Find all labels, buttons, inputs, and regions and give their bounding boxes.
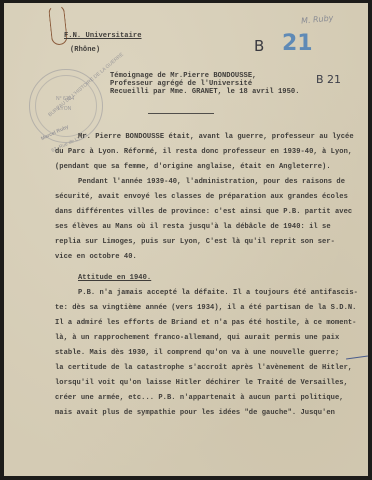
section-line: mais avait plus de sympathie pour les id…: [55, 410, 335, 417]
document-page: F.N. Universitaire (Rhône) M. Ruby B 21 …: [4, 3, 368, 476]
section-line: stable. Mais dès 1930, il comprend qu'on…: [55, 350, 339, 357]
section-line: créer une armée, etc... P.B. n'appartena…: [55, 395, 344, 402]
section-line: la certitude de la catastrophe s'accroît…: [55, 365, 352, 372]
separator-rule: [148, 113, 214, 114]
section-title: Attitude en 1940.: [78, 275, 151, 282]
section-line: P.B. n'a jamais accepté la défaite. Il a…: [78, 290, 358, 297]
paragraph-line: Pendant l'année 1939-40, l'administratio…: [78, 179, 345, 186]
section-line: te: dès sa vingtième année (vers 1934), …: [55, 305, 357, 312]
catalog-letter: B: [254, 37, 264, 55]
paragraph-line: vice en octobre 40.: [55, 254, 137, 261]
paragraph-line: dans différentes villes de province: c'e…: [55, 209, 352, 216]
section-line: là, à un rapprochement franco-allemand, …: [55, 335, 339, 342]
section-line: Il a admiré les efforts de Briand et n'a…: [55, 320, 357, 327]
margin-ink-mark: [346, 355, 368, 359]
testimony-line-3: Recueilli par Mme. GRANET, le 18 avril 1…: [110, 89, 300, 96]
archive-stamp: BUREAU DE L'HISTOIRE DE LA GUERRE N° 610…: [29, 69, 103, 143]
paragraph-line: (pendant que sa femme, d'origine anglais…: [55, 164, 331, 171]
header-region: (Rhône): [70, 47, 100, 54]
catalog-ref-small: B 21: [316, 73, 341, 86]
pencil-annotation: M. Ruby: [301, 13, 334, 25]
catalog-number: 21: [282, 31, 313, 56]
paragraph-line: Mr. Pierre BONDOUSSE était, avant la gue…: [78, 134, 354, 141]
paragraph-line: replia sur Limoges, puis sur Lyon, C'est…: [55, 239, 335, 246]
paragraph-line: sécurité, avait envoyé les classes de pr…: [55, 194, 348, 201]
section-line: lorsqu'il voit qu'on laisse Hitler déchi…: [55, 380, 348, 387]
header-organization: F.N. Universitaire: [64, 33, 142, 40]
paragraph-line: du Parc à Lyon. Réformé, il resta donc p…: [55, 149, 352, 156]
paragraph-line: ses élèves au Mans où il resta jusqu'à l…: [55, 224, 331, 231]
